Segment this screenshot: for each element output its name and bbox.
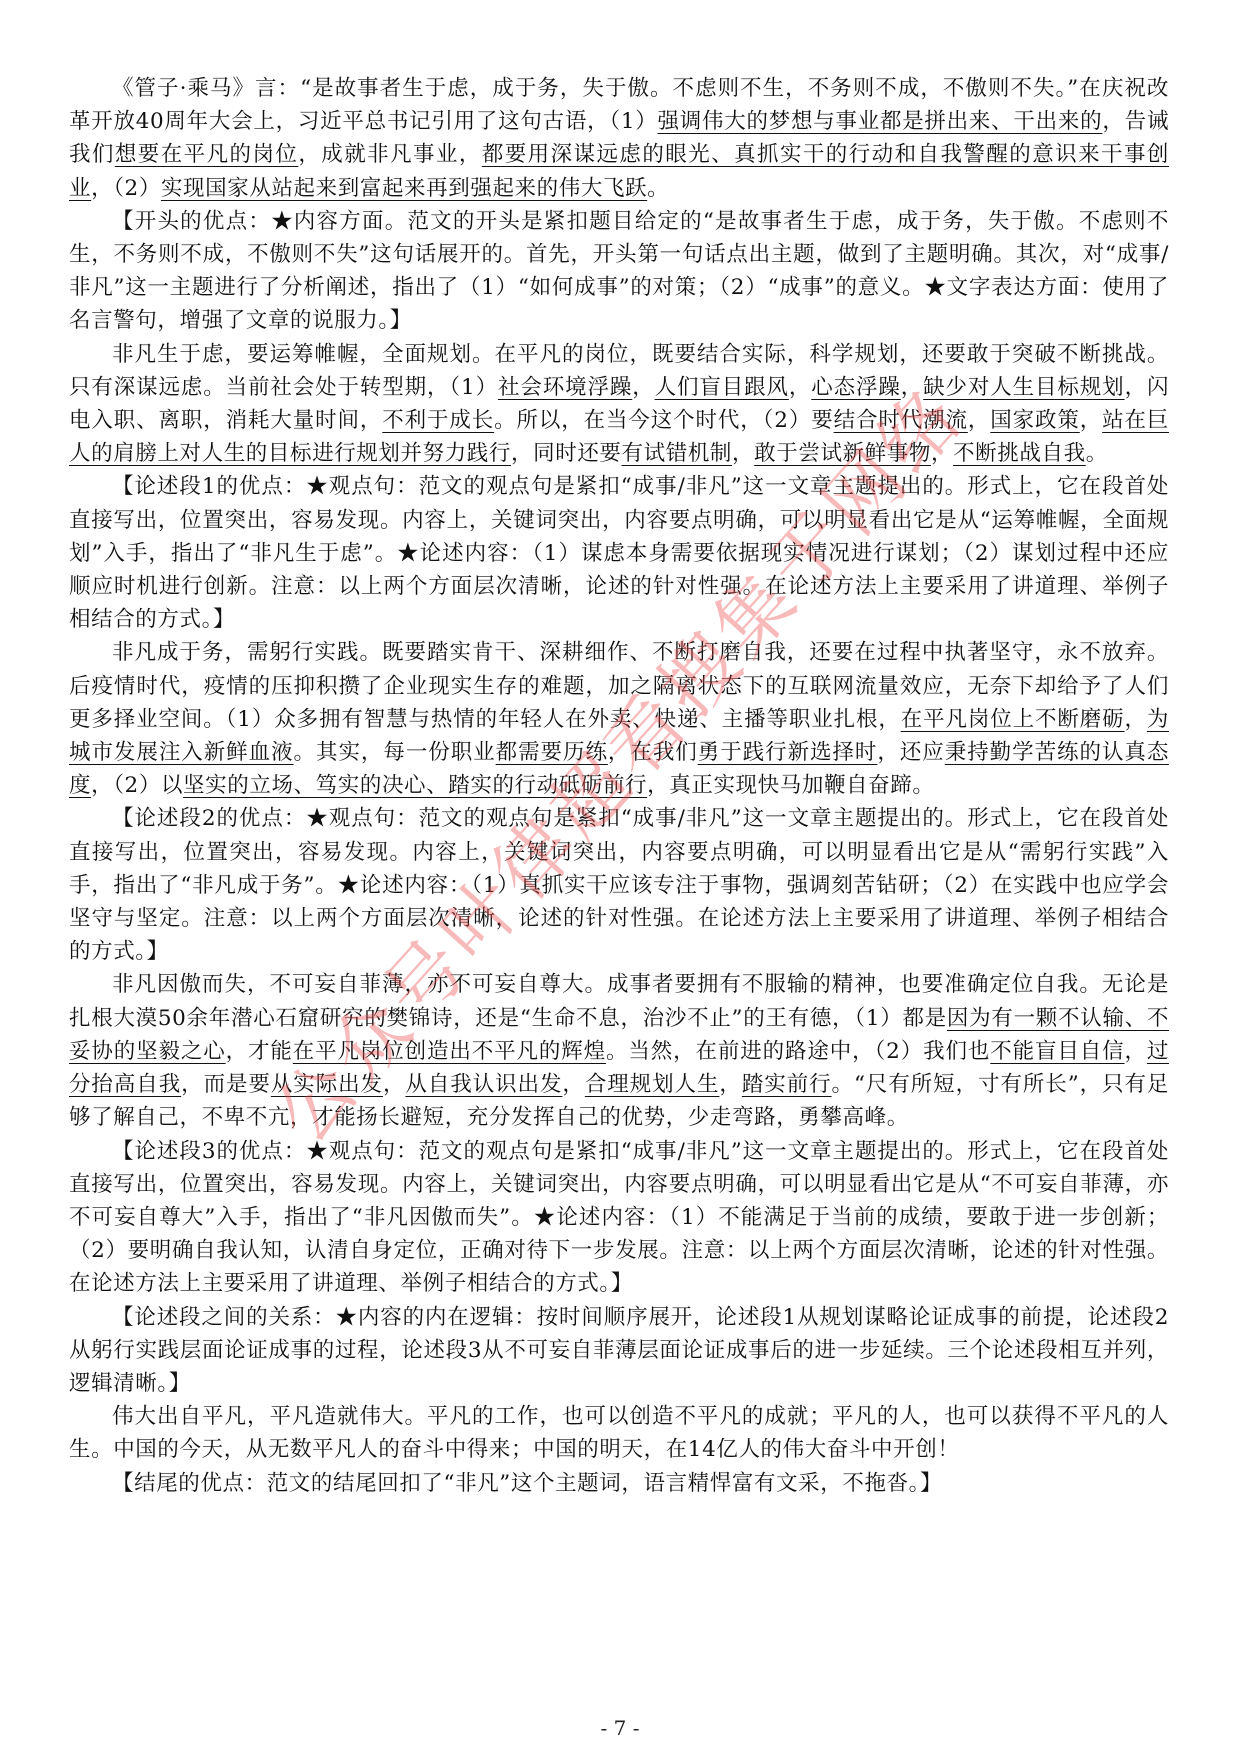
text-run: ，同时还要	[511, 441, 622, 466]
text-run: 。其实，每一份职业	[294, 740, 496, 765]
commentary-paragraph: 【论述段2的优点：★观点句：范文的观点句是紧扣“成事/非凡”这一文章主题提出的。…	[69, 802, 1169, 968]
text-run: 。所以，在当今这个时代，（2）要	[494, 408, 833, 433]
underlined-phrase: 有试错机制	[622, 441, 733, 466]
text-run: 。当然，在前进的路途中，（2）我们也	[606, 1039, 990, 1064]
underlined-phrase: 缺少对人生目标规划	[923, 375, 1124, 400]
underlined-phrase: 敢于尝试新鲜事物	[754, 441, 931, 466]
commentary-paragraph: 【论述段1的优点：★观点句：范文的观点句是紧扣“成事/非凡”这一文章主题提出的。…	[69, 470, 1169, 636]
underlined-phrase: 实现国家从站起来到富起来再到强起来的伟大飞跃	[161, 176, 647, 201]
text-run: ，（2）	[91, 176, 161, 201]
text-run: 【论述段2的优点：★观点句：范文的观点句是紧扣“成事/非凡”这一文章主题提出的。…	[69, 806, 1169, 964]
underlined-phrase: 人们盲目跟风	[655, 375, 789, 400]
document-body: 《管子·乘马》言：“是故事者生于虑，成于务，失于傲。不虑则不生，不务则不成，不傲…	[69, 72, 1169, 1500]
essay-paragraph: 《管子·乘马》言：“是故事者生于虑，成于务，失于傲。不虑则不生，不务则不成，不傲…	[69, 72, 1169, 205]
text-run: 。	[647, 176, 669, 201]
document-page: 《管子·乘马》言：“是故事者生于虑，成于务，失于傲。不虑则不生，不务则不成，不傲…	[0, 0, 1240, 1754]
underlined-phrase: 不利于成长	[382, 408, 494, 433]
text-run: ，	[632, 375, 654, 400]
essay-paragraph: 非凡生于虑，要运筹帷幄，全面规划。在平凡的岗位，既要结合实际，科学规划，还要敢于…	[69, 338, 1169, 471]
page-number: - 7 -	[0, 1716, 1240, 1740]
underlined-phrase: 结合时代潮流	[834, 408, 968, 433]
text-run: ，成就非凡事业，	[298, 142, 481, 167]
essay-paragraph: 伟大出自平凡，平凡造就伟大。平凡的工作，也可以创造不平凡的成就；平凡的人，也可以…	[69, 1400, 1169, 1466]
text-run: ，还应	[877, 740, 944, 765]
underlined-phrase: 在平凡岗位上不断磨砺	[901, 707, 1125, 732]
underlined-phrase: 心态浮躁	[811, 375, 901, 400]
text-run: ，	[1125, 707, 1147, 732]
text-run: ，	[901, 375, 923, 400]
underlined-phrase: 不断挑战自我	[953, 441, 1086, 466]
commentary-paragraph: 【结尾的优点：范文的结尾回扣了“非凡”这个主题词，语言精悍富有文采，不拖沓。】	[69, 1467, 1169, 1500]
underlined-phrase: 都需要历练	[496, 740, 608, 765]
text-run: ，（2）以	[91, 773, 183, 798]
text-run: ，才能	[226, 1039, 293, 1064]
text-run: ，真正实现快马加鞭自奋蹄。	[647, 773, 934, 798]
underlined-phrase: 踏实前行	[742, 1072, 832, 1097]
text-run: ，	[719, 1072, 741, 1097]
text-run: ，	[562, 1072, 584, 1097]
underlined-phrase: 不能盲目自信	[990, 1039, 1124, 1064]
text-run: ，	[931, 441, 953, 466]
text-run: 。	[1086, 441, 1108, 466]
text-run: 【开头的优点：★内容方面。范文的开头是紧扣题目给定的“是故事者生于虑，成于务，失…	[69, 209, 1169, 334]
essay-paragraph: 非凡因傲而失，不可妄自菲薄，亦不可妄自尊大。成事者要拥有不服输的精神，也要准确定…	[69, 968, 1169, 1134]
text-run: ，	[732, 441, 754, 466]
text-run: 【结尾的优点：范文的结尾回扣了“非凡”这个主题词，语言精悍富有文采，不拖沓。】	[112, 1471, 942, 1496]
essay-paragraph: 非凡成于务，需躬行实践。既要踏实肯干、深耕细作、不断打磨自我，还要在过程中执著坚…	[69, 636, 1169, 802]
text-run: 【论述段之间的关系：★内容的内在逻辑：按时间顺序展开，论述段1从规划谋略论证成事…	[69, 1305, 1169, 1396]
underlined-phrase: 从自我认识出发	[405, 1072, 562, 1097]
text-run: ，	[968, 408, 990, 433]
underlined-phrase: 强调伟大的梦想与事业都是拼出来、干出来的	[658, 109, 1103, 134]
underlined-phrase: 社会环境浮躁	[498, 375, 632, 400]
underlined-phrase: 想要在平凡的岗位	[115, 142, 298, 167]
text-run: ，	[383, 1072, 405, 1097]
underlined-phrase: 国家政策	[990, 408, 1080, 433]
underlined-phrase: 合理规划人生	[585, 1072, 720, 1097]
commentary-paragraph: 【论述段之间的关系：★内容的内在逻辑：按时间顺序展开，论述段1从规划谋略论证成事…	[69, 1301, 1169, 1401]
text-run: ，	[1125, 1039, 1147, 1064]
underlined-phrase: 勇于践行新选择时	[698, 740, 878, 765]
text-run: ，而是要	[181, 1072, 271, 1097]
text-run: 【论述段3的优点：★观点句：范文的观点句是紧扣“成事/非凡”这一文章主题提出的。…	[69, 1139, 1169, 1297]
commentary-paragraph: 【论述段3的优点：★观点句：范文的观点句是紧扣“成事/非凡”这一文章主题提出的。…	[69, 1135, 1169, 1301]
underlined-phrase: 在平凡岗位创造出不平凡的辉煌	[293, 1039, 606, 1064]
text-run: 伟大出自平凡，平凡造就伟大。平凡的工作，也可以创造不平凡的成就；平凡的人，也可以…	[69, 1404, 1169, 1462]
text-run: 【论述段1的优点：★观点句：范文的观点句是紧扣“成事/非凡”这一文章主题提出的。…	[69, 474, 1169, 632]
underlined-phrase: 坚实的立场、笃实的决心、踏实的行动砥砺前行	[183, 773, 647, 798]
text-run: ，在我们	[608, 740, 698, 765]
commentary-paragraph: 【开头的优点：★内容方面。范文的开头是紧扣题目给定的“是故事者生于虑，成于务，失…	[69, 205, 1169, 338]
text-run: ，	[1080, 408, 1102, 433]
text-run: ，	[789, 375, 811, 400]
underlined-phrase: 从实际出发	[271, 1072, 383, 1097]
